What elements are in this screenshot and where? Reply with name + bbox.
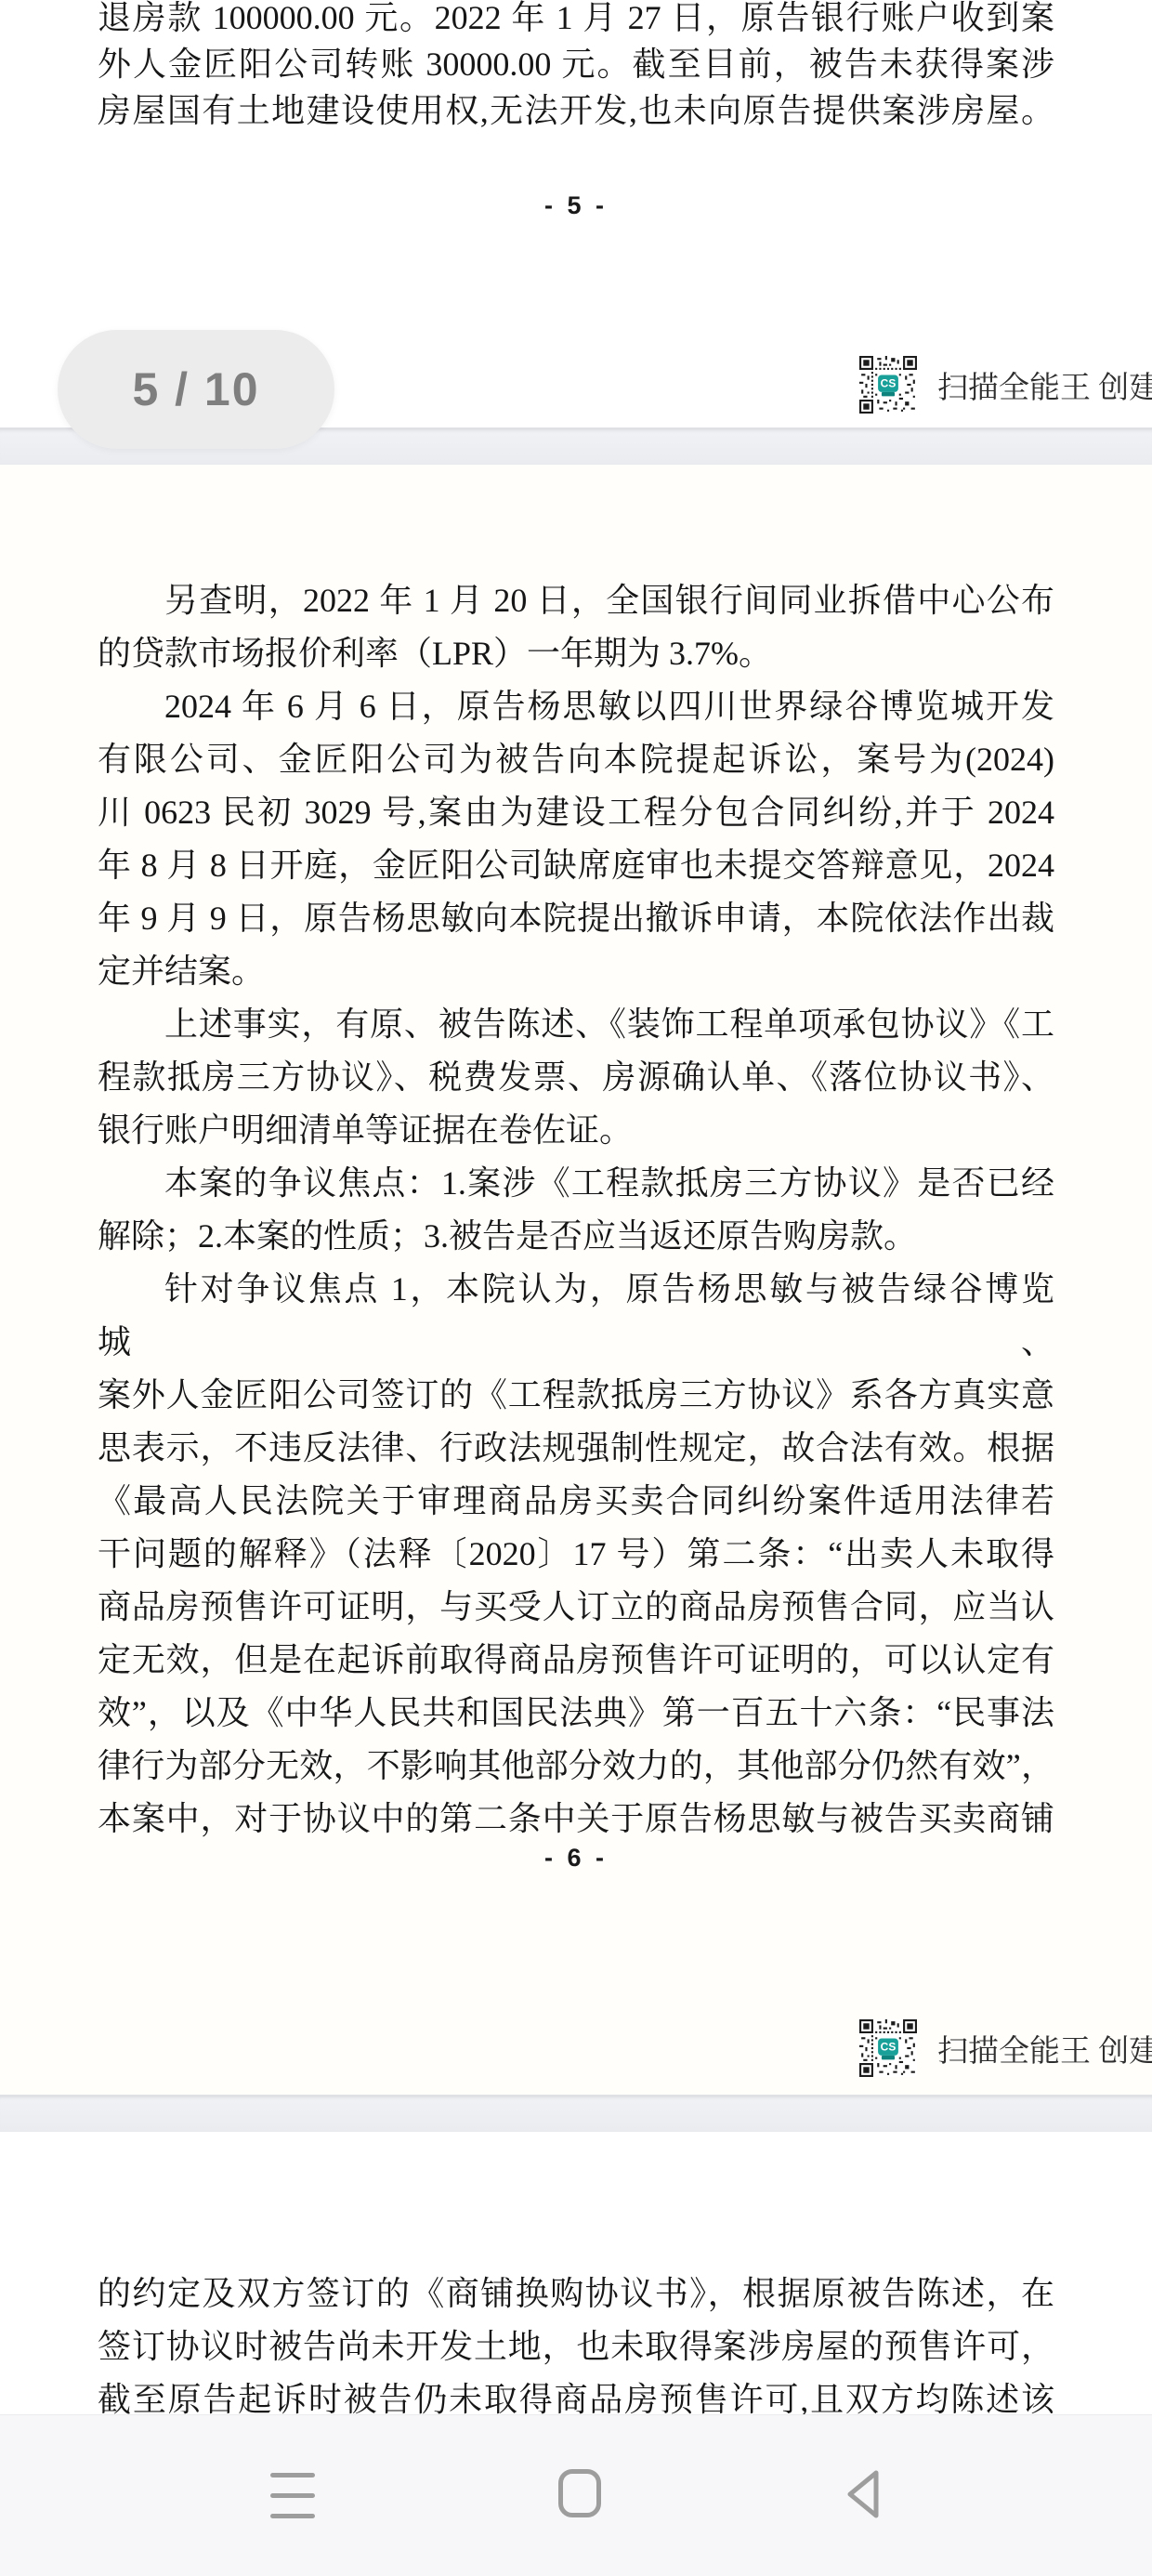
document-text-line: 针对争议焦点 1，本院认为，原告杨思敏与被告绿谷博览城、 bbox=[98, 1263, 1054, 1369]
menu-icon bbox=[270, 2473, 315, 2518]
document-text-line: 的约定及双方签订的《商铺换购协议书》，根据原被告陈述，在 bbox=[98, 2267, 1054, 2320]
document-text-line: 银行账户明细清单等证据在卷佐证。 bbox=[98, 1104, 1054, 1157]
document-text-line: 程款抵房三方协议》、税费发票、房源确认单、《落位协议书》、 bbox=[98, 1051, 1054, 1104]
scanner-watermark-label: 扫描全能王 创建 bbox=[937, 363, 1152, 407]
document-text-line: 本案中，对于协议中的第二条中关于原告杨思敏与被告买卖商铺 bbox=[98, 1793, 1054, 1846]
svg-text:CS: CS bbox=[881, 376, 897, 389]
menu-button[interactable] bbox=[270, 2473, 315, 2518]
back-icon bbox=[844, 2467, 888, 2521]
qr-code-icon: CS bbox=[859, 2019, 917, 2077]
page-5-text[interactable]: 退房款 100000.00 元。2022 年 1 月 27 日，原告银行账户收到… bbox=[98, 0, 1054, 134]
document-text-line: 定并结案。 bbox=[98, 945, 1054, 998]
qr-code-icon: CS bbox=[859, 356, 917, 414]
document-text-line: 本案的争议焦点：1.案涉《工程款抵房三方协议》是否已经 bbox=[98, 1157, 1054, 1210]
document-text-line: 的贷款市场报价利率（LPR）一年期为 3.7%。 bbox=[98, 627, 1054, 680]
document-text-line: 外人金匠阳公司转账 30000.00 元。截至目前，被告未获得案涉 bbox=[98, 41, 1054, 87]
document-text-line: 年 8 月 8 日开庭，金匠阳公司缺席庭审也未提交答辩意见，2024 bbox=[98, 839, 1054, 892]
document-text-line: 签订协议时被告尚未开发土地，也未取得案涉房屋的预售许可， bbox=[98, 2320, 1054, 2373]
page-divider bbox=[0, 2095, 1152, 2132]
home-icon bbox=[558, 2469, 601, 2517]
page-indicator-badge: 5 / 10 bbox=[58, 330, 334, 449]
page-5-number-marker: - 5 - bbox=[0, 191, 1152, 220]
document-text-line: 案外人金匠阳公司签订的《工程款抵房三方协议》系各方真实意 bbox=[98, 1369, 1054, 1422]
page-6-text[interactable]: 另查明，2022 年 1 月 20 日，全国银行间同业拆借中心公布的贷款市场报价… bbox=[98, 574, 1054, 1846]
document-text-line: 律行为部分无效，不影响其他部分效力的，其他部分仍然有效”， bbox=[98, 1740, 1054, 1793]
document-text-line: 思表示，不违反法律、行政法规强制性规定，故合法有效。根据 bbox=[98, 1422, 1054, 1475]
document-text-line: 解除；2.本案的性质；3.被告是否应当返还原告购房款。 bbox=[98, 1210, 1054, 1263]
document-text-line: 另查明，2022 年 1 月 20 日，全国银行间同业拆借中心公布 bbox=[98, 574, 1054, 627]
document-text-line: 房屋国有土地建设使用权,无法开发,也未向原告提供案涉房屋。 bbox=[98, 87, 1054, 134]
document-text-line: 《最高人民法院关于审理商品房买卖合同纠纷案件适用法律若 bbox=[98, 1475, 1054, 1528]
page-7-text[interactable]: 的约定及双方签订的《商铺换购协议书》，根据原被告陈述，在签订协议时被告尚未开发土… bbox=[98, 2267, 1054, 2426]
document-text-line: 年 9 月 9 日，原告杨思敏向本院提出撤诉申请，本院依法作出裁 bbox=[98, 892, 1054, 945]
document-text-line: 川 0623 民初 3029 号,案由为建设工程分包合同纠纷,并于 2024 bbox=[98, 786, 1054, 839]
android-navigation-bar bbox=[0, 2414, 1152, 2576]
scanner-watermark: CS 扫描全能王 创建 bbox=[859, 356, 1152, 414]
document-text-line: 退房款 100000.00 元。2022 年 1 月 27 日，原告银行账户收到… bbox=[98, 0, 1054, 41]
document-text-line: 2024 年 6 月 6 日，原告杨思敏以四川世界绿谷博览城开发 bbox=[98, 680, 1054, 733]
back-button[interactable] bbox=[844, 2467, 888, 2521]
svg-text:CS: CS bbox=[881, 2040, 897, 2053]
document-text-line: 商品房预售许可证明，与买受人订立的商品房预售合同，应当认 bbox=[98, 1581, 1054, 1634]
page-6-number-marker: - 6 - bbox=[0, 1844, 1152, 1873]
document-text-line: 定无效，但是在起诉前取得商品房预售许可证明的，可以认定有 bbox=[98, 1634, 1054, 1687]
scanner-watermark-label: 扫描全能王 创建 bbox=[937, 2027, 1152, 2070]
scanner-watermark: CS 扫描全能王 创建 bbox=[859, 2019, 1152, 2077]
document-text-line: 干问题的解释》（法释〔2020〕17 号）第二条：“出卖人未取得 bbox=[98, 1528, 1054, 1581]
document-text-line: 效”，以及《中华人民共和国民法典》第一百五十六条：“民事法 bbox=[98, 1687, 1054, 1740]
home-button[interactable] bbox=[558, 2469, 601, 2517]
scanned-document-viewer: 退房款 100000.00 元。2022 年 1 月 27 日，原告银行账户收到… bbox=[0, 0, 1152, 2576]
document-text-line: 上述事实，有原、被告陈述、《装饰工程单项承包协议》《工 bbox=[98, 998, 1054, 1051]
document-text-line: 有限公司、金匠阳公司为被告向本院提起诉讼，案号为(2024) bbox=[98, 733, 1054, 786]
